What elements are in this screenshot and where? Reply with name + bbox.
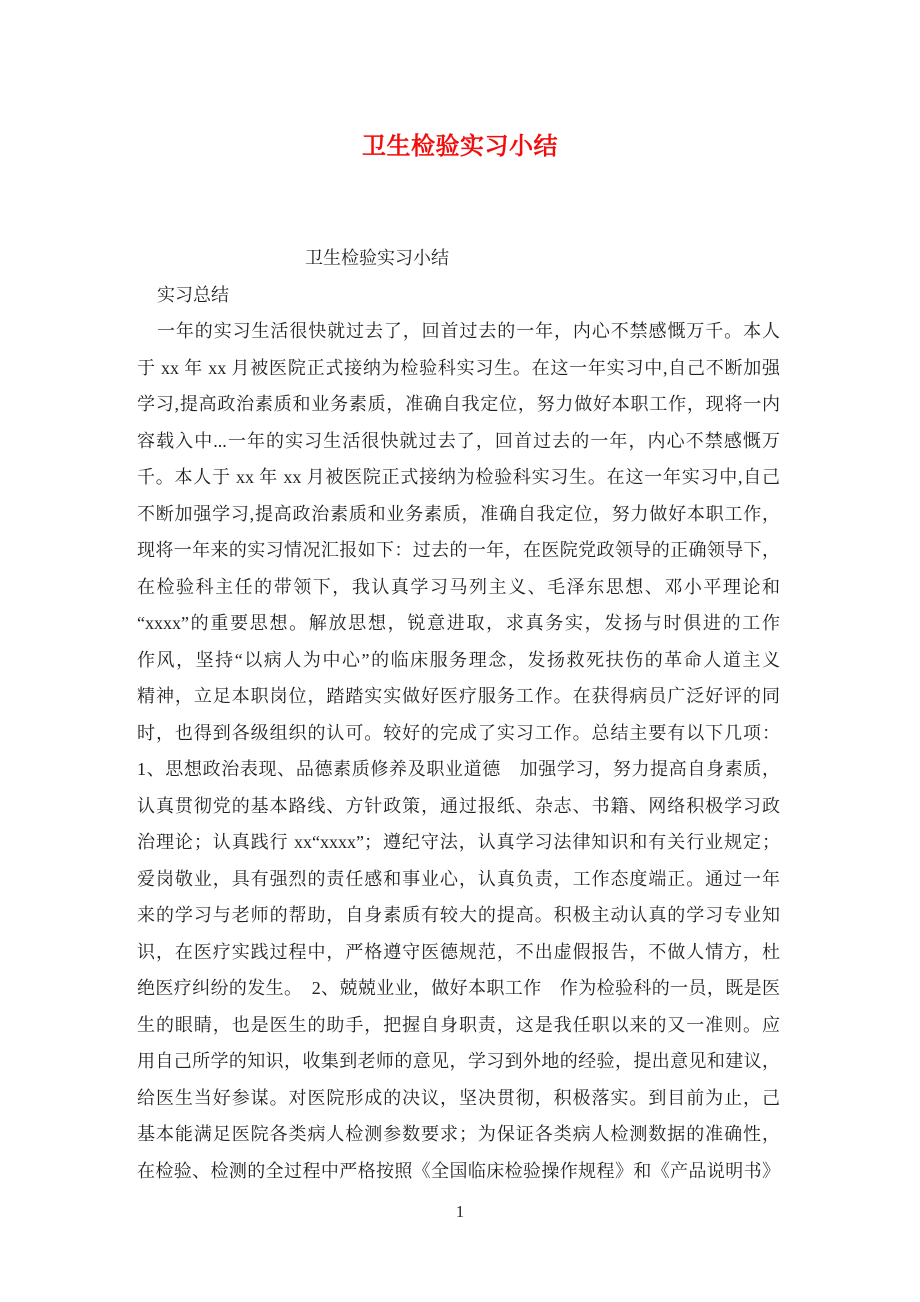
body-line: 精神，立足本职岗位，踏踏实实做好医疗服务工作。在获得病员广泛好评的同 — [137, 678, 780, 715]
document-page: 卫生检验实习小结 卫生检验实习小结 实习总结 一年的实习生活很快就过去了，回首过… — [0, 0, 920, 1302]
body-line: 作风，坚持“以病人为中心”的临床服务理念，发扬救死扶伤的革命人道主义 — [137, 642, 780, 679]
body-line: 识，在医疗实践过程中，严格遵守医德规范，不出虚假报告，不做人情方，杜 — [137, 934, 780, 971]
section-heading: 实习总结 — [137, 277, 780, 314]
body-line: 1、思想政治表现、品德素质修养及职业道德 加强学习，努力提高自身素质， — [137, 751, 780, 788]
document-title: 卫生检验实习小结 — [0, 126, 920, 161]
body-line: “xxxx”的重要思想。解放思想，锐意进取，求真务实，发扬与时俱进的工作 — [137, 605, 780, 642]
body-line: 千。本人于 xx 年 xx 月被医院正式接纳为检验科实习生。在这一年实习中,自己 — [137, 459, 780, 496]
body-line: 爱岗敬业，具有强烈的责任感和事业心，认真负责，工作态度端正。通过一年 — [137, 861, 780, 898]
body-line: 用自己所学的知识，收集到老师的意见，学习到外地的经验，提出意见和建议， — [137, 1043, 780, 1080]
body-line: 给医生当好参谋。对医院形成的决议，坚决贯彻，积极落实。到目前为止，己 — [137, 1080, 780, 1117]
body-line: 生的眼睛，也是医生的助手，把握自身职责，这是我任职以来的又一准则。应 — [137, 1007, 780, 1044]
body-line: 来的学习与老师的帮助，自身素质有较大的提高。积极主动认真的学习专业知 — [137, 897, 780, 934]
body-line: 容载入中...一年的实习生活很快就过去了，回首过去的一年，内心不禁感慨万 — [137, 423, 780, 460]
body-line: 在检验科主任的带领下，我认真学习马列主义、毛泽东思想、邓小平理论和 — [137, 569, 780, 606]
body-line: 在检验、检测的全过程中严格按照《全国临床检验操作规程》和《产品说明书》 — [137, 1153, 780, 1190]
body-line: 一年的实习生活很快就过去了，回首过去的一年，内心不禁感慨万千。本人 — [137, 313, 780, 350]
body-line: 现将一年来的实习情况汇报如下：过去的一年，在医院党政领导的正确领导下， — [137, 532, 780, 569]
document-content: 卫生检验实习小结 实习总结 一年的实习生活很快就过去了，回首过去的一年，内心不禁… — [137, 240, 780, 1189]
body-line: 时，也得到各级组织的认可。较好的完成了实习工作。总结主要有以下几项： — [137, 715, 780, 752]
body-line: 认真贯彻党的基本路线、方针政策，通过报纸、杂志、书籍、网络积极学习政 — [137, 788, 780, 825]
document-subtitle: 卫生检验实习小结 — [137, 240, 780, 277]
body-line: 不断加强学习,提高政治素质和业务素质，准确自我定位，努力做好本职工作， — [137, 496, 780, 533]
body-line: 学习,提高政治素质和业务素质，准确自我定位，努力做好本职工作，现将一内 — [137, 386, 780, 423]
body-line: 治理论；认真践行 xx“xxxx”；遵纪守法，认真学习法律知识和有关行业规定； — [137, 824, 780, 861]
page-number: 1 — [0, 1202, 920, 1222]
body-line: 于 xx 年 xx 月被医院正式接纳为检验科实习生。在这一年实习中,自己不断加强 — [137, 350, 780, 387]
body-line: 基本能满足医院各类病人检测参数要求；为保证各类病人检测数据的准确性， — [137, 1116, 780, 1153]
body-line: 绝医疗纠纷的发生。 2、兢兢业业，做好本职工作 作为检验科的一员，既是医 — [137, 970, 780, 1007]
